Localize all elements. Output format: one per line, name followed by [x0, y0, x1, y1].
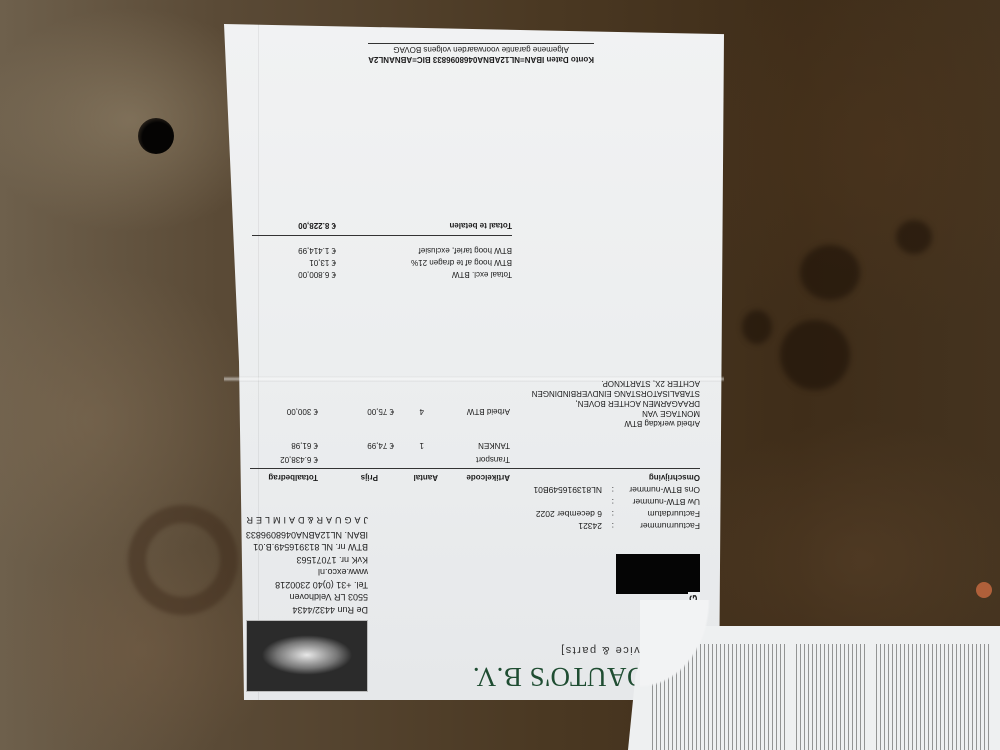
redacted-recipient: [616, 554, 700, 594]
address-line: IBAN. NL12ABNA0468096833: [243, 529, 368, 542]
rust-stain: [800, 245, 860, 300]
car-photo: [246, 620, 368, 692]
grand-total: Totaal te betalen € 8.228,00: [252, 217, 512, 236]
meta-row: Uw BTW-nummer:: [533, 496, 700, 508]
address-line: De Run 4432/4434: [243, 604, 368, 617]
address-line: Tel. +31 (0)40 2300218: [243, 579, 368, 592]
totals-block: Totaal excl. BTW € 6.800,00 BTW hoog af …: [252, 217, 512, 280]
rust-stain: [780, 320, 850, 390]
table-header: Omschrijving Artikelcode Aantal Prijs To…: [250, 468, 700, 482]
address-line: 5503 LR Veldhoven: [243, 591, 368, 604]
brand-names: JAGUAR&DAIMLER: [243, 514, 368, 527]
invoice-content: EXCOAUTO'S B.V. [service & parts] Factuu…: [224, 24, 724, 700]
address-line: www.exco.nl: [243, 566, 368, 579]
company-address: De Run 4432/4434 5503 LR Veldhoven Tel. …: [243, 514, 368, 616]
rust-stain: [896, 220, 932, 254]
copper-fleck: [976, 582, 992, 598]
address-line: KvK nr. 17071563: [243, 554, 368, 567]
total-line: BTW hoog tarief, exclusief € 1.414,99: [252, 244, 512, 256]
rust-stain: [742, 310, 772, 344]
page-curl: [640, 600, 720, 700]
invoice-footer: Konto Daten IBAN=NL12ABNA0468096833 BIC=…: [368, 43, 594, 64]
warranty-note: Algemene garantie voorwaarden volgens BO…: [368, 43, 594, 54]
work-description: Arbeid werkdag BTW MONTAGE VAN DRAAGARME…: [532, 378, 700, 428]
invoice-meta: Factuurnummer:24321 Factuurdatum:6 decem…: [533, 484, 700, 532]
meta-row: Ons BTW-nummer:NL813916549B01: [533, 484, 700, 496]
total-line-struck: BTW hoog af te dragen 21% € 13,01: [252, 256, 512, 268]
bank-details: Konto Daten IBAN=NL12ABNA0468096833 BIC=…: [368, 54, 594, 64]
total-line: Totaal excl. BTW € 6.800,00: [252, 268, 512, 280]
meta-row: Factuurnummer:24321: [533, 520, 700, 532]
meta-row: Factuurdatum:6 december 2022: [533, 508, 700, 520]
surface-hole: [138, 118, 174, 154]
address-line: BTW nr. NL 813916549.B.01: [243, 541, 368, 554]
rust-ring-stain: [128, 505, 238, 615]
